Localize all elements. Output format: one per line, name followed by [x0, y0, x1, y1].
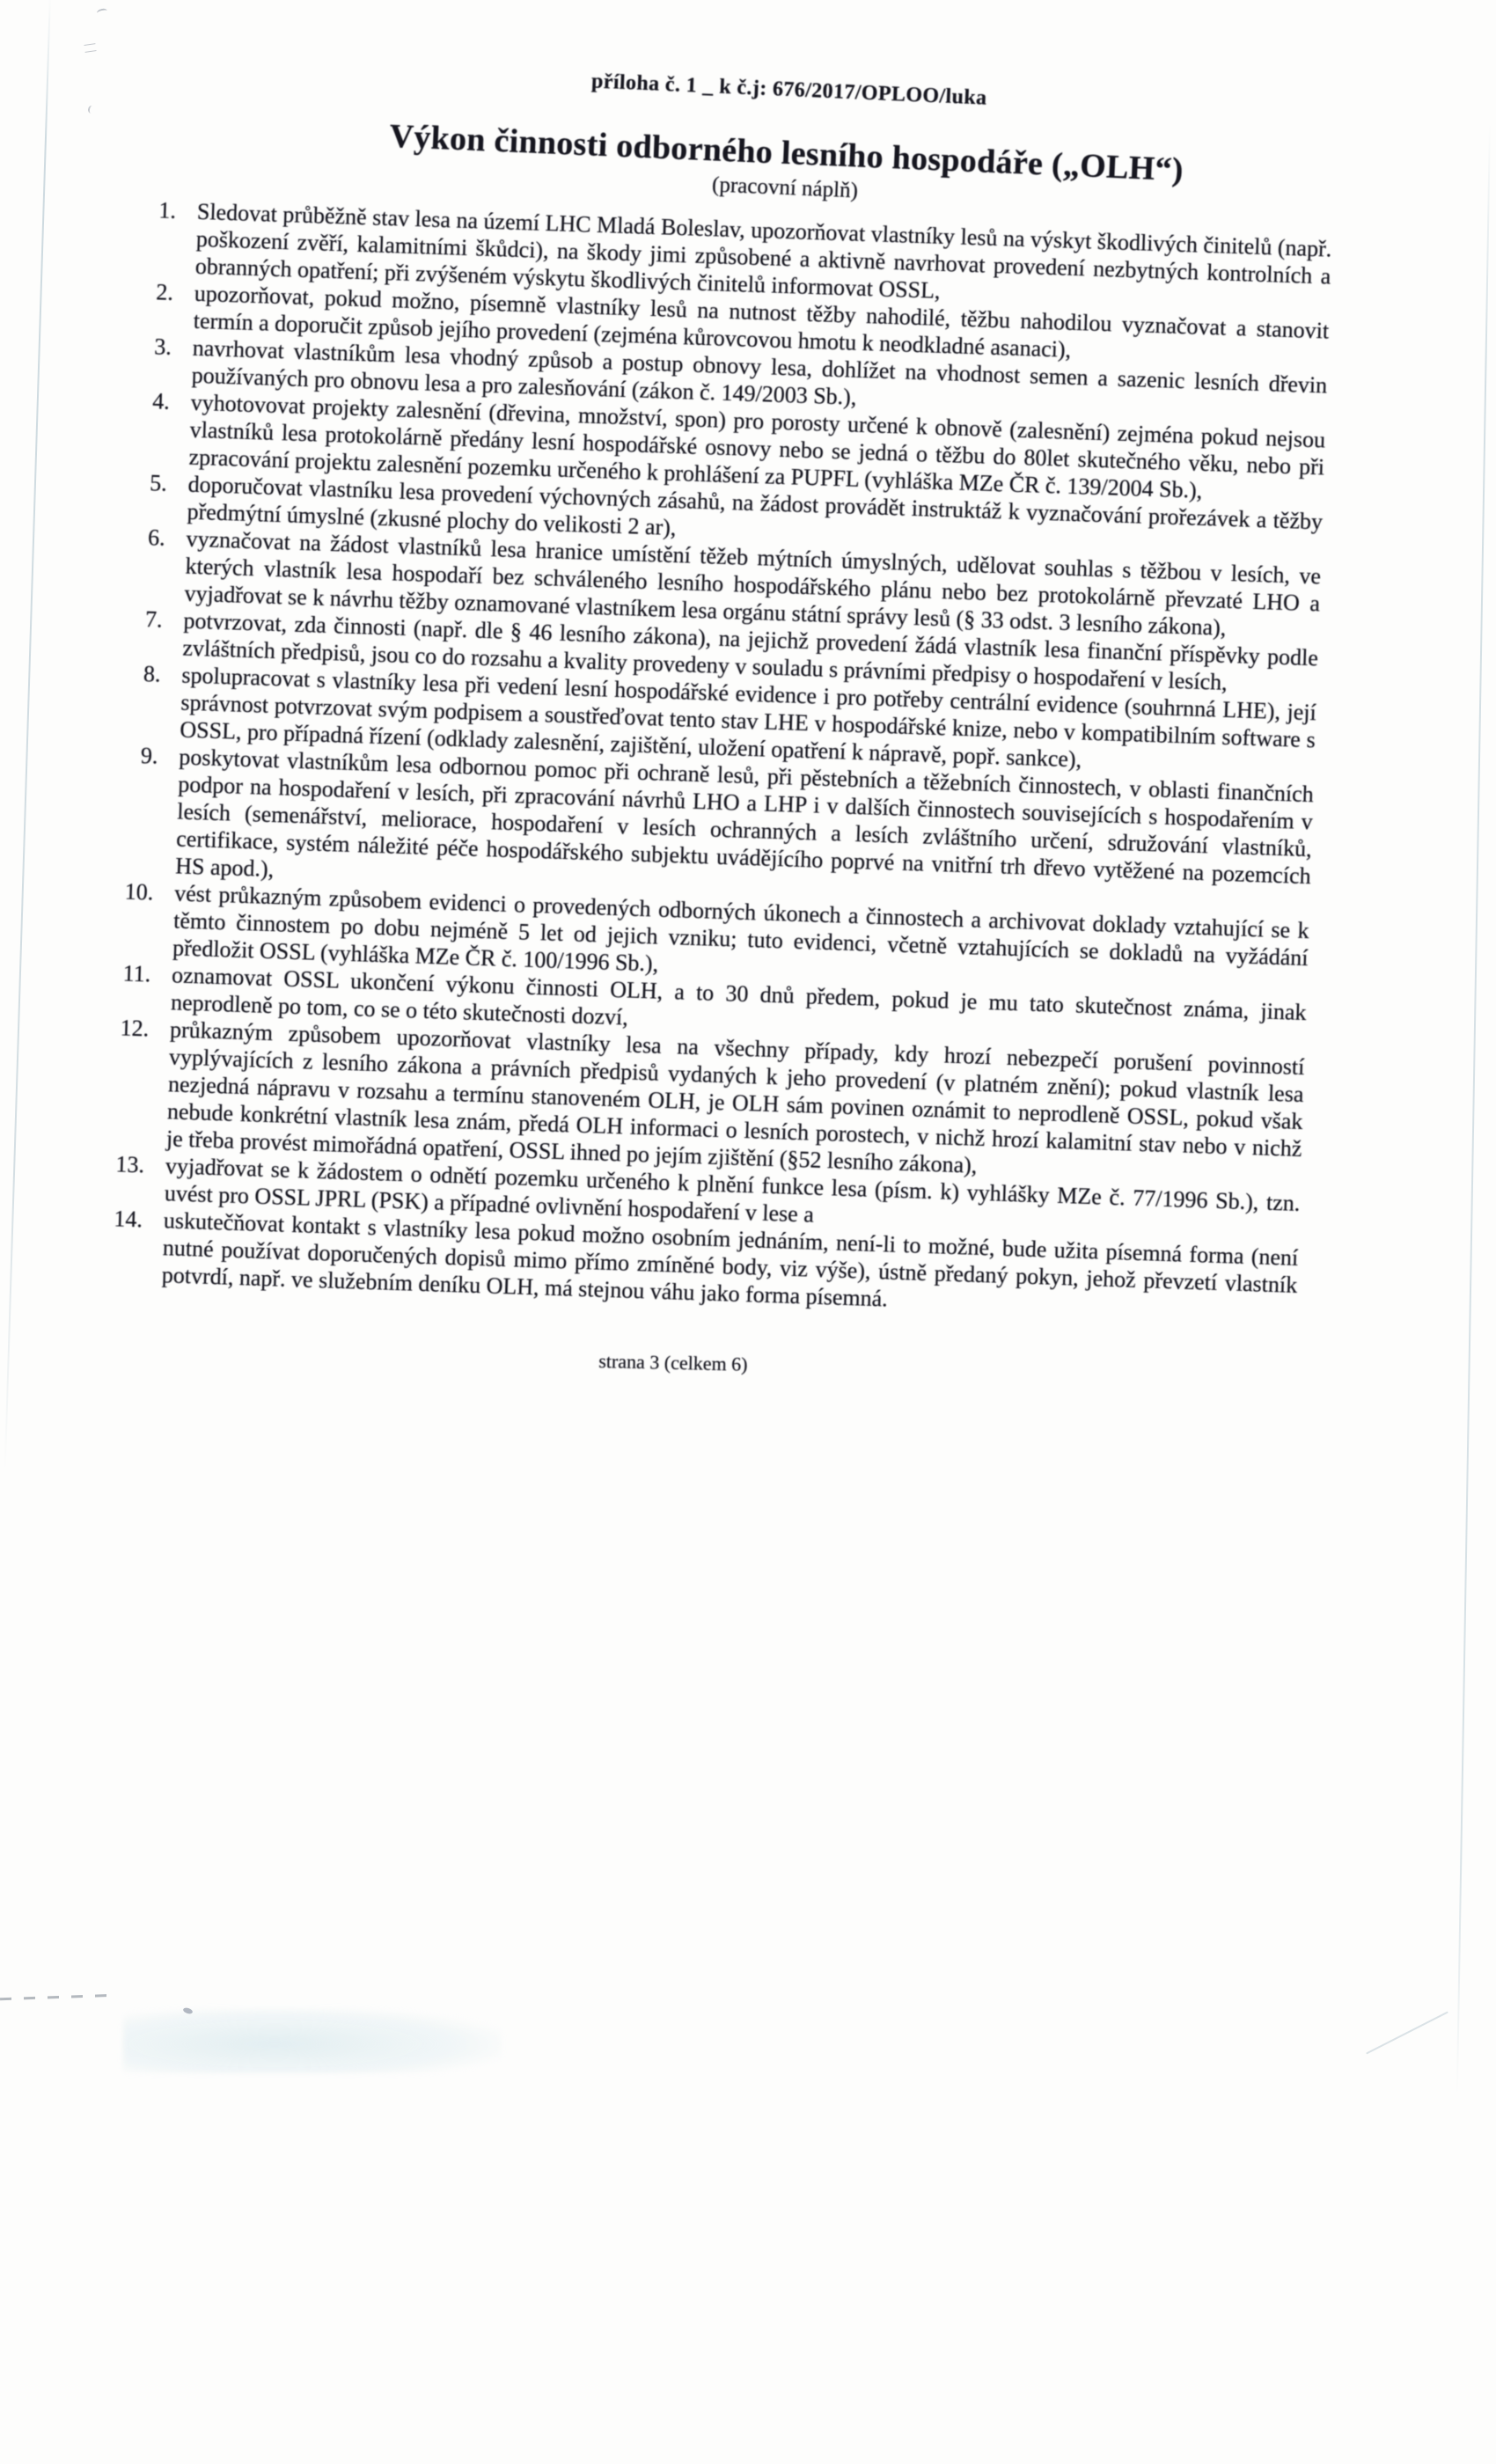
- document-head: příloha č. 1 _ k č.j: 676/2017/OPLOO/luk…: [192, 53, 1382, 225]
- page-number: strana 3 (celkem 6): [80, 1338, 1266, 1389]
- list-item-number: 14.: [110, 1205, 164, 1288]
- list-item-number: 12.: [115, 1014, 171, 1152]
- scan-speck: [84, 43, 96, 53]
- list-item-number: 6.: [133, 524, 187, 607]
- scan-edge-artifact-left: [4, 0, 51, 1470]
- scan-dash-marks: [0, 1994, 116, 2001]
- scan-smudge: [123, 2008, 502, 2073]
- list-item-number: 1.: [143, 196, 197, 280]
- list-item-number: 3.: [140, 333, 193, 389]
- scan-edge-artifact-right: [1456, 123, 1491, 2094]
- list-item-number: 2.: [142, 278, 194, 334]
- scan-dot-mark: [182, 2006, 193, 2014]
- duties-list: 1.Sledovat průběžně stav lesa na území L…: [110, 196, 1331, 1326]
- list-item-number: 10.: [121, 877, 175, 961]
- scan-speck: [87, 105, 95, 114]
- list-item-number: 5.: [136, 469, 188, 525]
- list-item-number: 9.: [124, 742, 180, 880]
- list-item-number: 11.: [120, 959, 172, 1016]
- list-item-number: 7.: [131, 605, 184, 662]
- list-item-number: 8.: [128, 660, 182, 744]
- scan-curve-artifact: [1366, 2012, 1448, 2055]
- scanned-page: příloha č. 1 _ k č.j: 676/2017/OPLOO/luk…: [0, 0, 1496, 2464]
- list-item-number: 4.: [137, 387, 191, 471]
- document-content: příloha č. 1 _ k č.j: 676/2017/OPLOO/luk…: [108, 51, 1337, 1395]
- scan-speck: [96, 8, 107, 17]
- list-item-number: 13.: [114, 1150, 166, 1206]
